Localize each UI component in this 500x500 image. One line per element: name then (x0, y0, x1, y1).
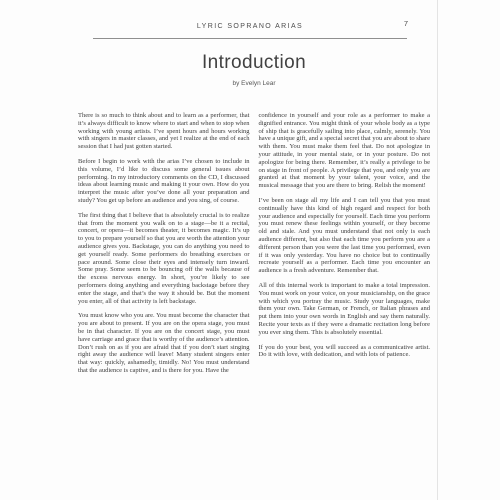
body-paragraph: All of this internal work is important t… (259, 282, 431, 337)
body-paragraph: The first thing that I believe that is a… (78, 212, 250, 306)
body-columns: There is so much to think about and to l… (78, 112, 430, 382)
page-edge (437, 0, 438, 500)
body-paragraph: If you do your best, you will succeed as… (259, 344, 431, 360)
body-paragraph: Before I begin to work with the arias I’… (78, 158, 250, 205)
left-column: There is so much to think about and to l… (78, 112, 250, 382)
body-paragraph: confidence in yourself and your role as … (259, 112, 431, 190)
byline: by Evelyn Lear (78, 80, 430, 87)
body-paragraph: I’ve been on stage all my life and I can… (259, 197, 431, 275)
body-paragraph: You must know who you are. You must beco… (78, 312, 250, 374)
header-rule (93, 38, 407, 39)
running-head: LYRIC SOPRANO ARIAS (93, 23, 407, 30)
book-page: LYRIC SOPRANO ARIAS 7 Introduction by Ev… (0, 0, 500, 500)
page-title: Introduction (78, 52, 430, 74)
body-paragraph: There is so much to think about and to l… (78, 112, 250, 151)
page-number: 7 (397, 19, 415, 28)
right-column: confidence in yourself and your role as … (259, 112, 431, 382)
